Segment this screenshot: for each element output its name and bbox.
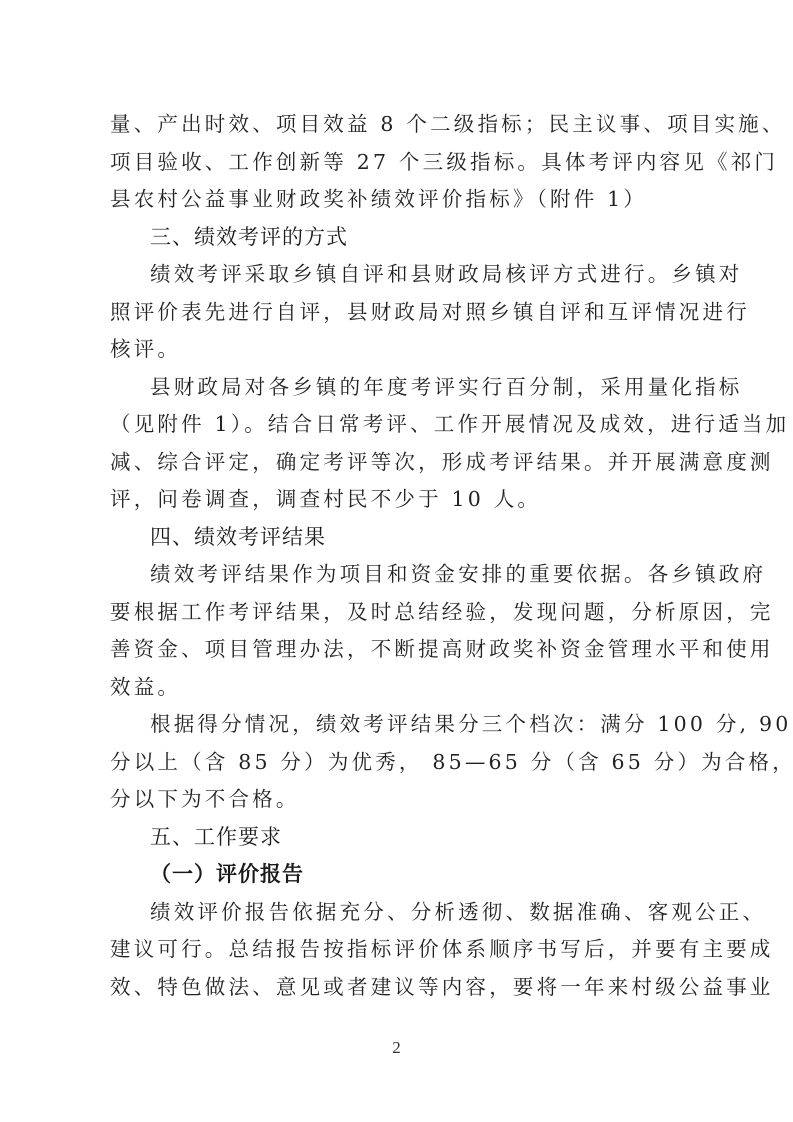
paragraph-line: 根据得分情况，绩效考评结果分三个档次：满分 100 分, 90 <box>110 706 700 744</box>
paragraph-line: 绩效考评结果作为项目和资金安排的重要依据。各乡镇政府 <box>110 556 700 594</box>
paragraph-line: 绩效评价报告依据充分、分析透彻、数据准确、客观公正、 <box>110 894 700 932</box>
paragraph-line: 照评价表先进行自评，县财政局对照乡镇自评和互评情况进行 <box>110 294 700 332</box>
section-heading-4: 四、绩效考评结果 <box>110 519 700 557</box>
document-page: 量、产出时效、项目效益 8 个二级指标；民主议事、项目实施、 项目验收、工作创新… <box>0 0 793 1122</box>
paragraph-line: 分以上（含 85 分）为优秀， 85—65 分（含 65 分）为合格，65 <box>110 744 700 782</box>
page-number: 2 <box>0 1038 793 1058</box>
page-body: 量、产出时效、项目效益 8 个二级指标；民主议事、项目实施、 项目验收、工作创新… <box>110 106 700 1006</box>
paragraph-line: 量、产出时效、项目效益 8 个二级指标；民主议事、项目实施、 <box>110 106 700 144</box>
paragraph-line: 减、综合评定，确定考评等次，形成考评结果。并开展满意度测 <box>110 444 700 482</box>
paragraph-line: 要根据工作考评结果，及时总结经验，发现问题，分析原因，完 <box>110 594 700 632</box>
section-heading-5: 五、工作要求 <box>110 819 700 857</box>
paragraph-line: （见附件 1）。结合日常考评、工作开展情况及成效，进行适当加 <box>110 406 700 444</box>
paragraph-line: 善资金、项目管理办法，不断提高财政奖补资金管理水平和使用 <box>110 631 700 669</box>
paragraph-line: 评，问卷调查，调查村民不少于 10 人。 <box>110 481 700 519</box>
paragraph-line: 核评。 <box>110 331 700 369</box>
subsection-heading-1: （一）评价报告 <box>110 856 700 894</box>
paragraph-line: 县财政局对各乡镇的年度考评实行百分制，采用量化指标 <box>110 369 700 407</box>
paragraph-line: 绩效考评采取乡镇自评和县财政局核评方式进行。乡镇对 <box>110 256 700 294</box>
paragraph-line: 效益。 <box>110 669 700 707</box>
paragraph-line: 分以下为不合格。 <box>110 781 700 819</box>
paragraph-line: 效、特色做法、意见或者建议等内容，要将一年来村级公益事业 <box>110 969 700 1007</box>
section-heading-3: 三、绩效考评的方式 <box>110 219 700 257</box>
paragraph-line: 项目验收、工作创新等 27 个三级指标。具体考评内容见《祁门 <box>110 144 700 182</box>
paragraph-line: 县农村公益事业财政奖补绩效评价指标》（附件 1） <box>110 181 700 219</box>
paragraph-line: 建议可行。总结报告按指标评价体系顺序书写后，并要有主要成 <box>110 931 700 969</box>
